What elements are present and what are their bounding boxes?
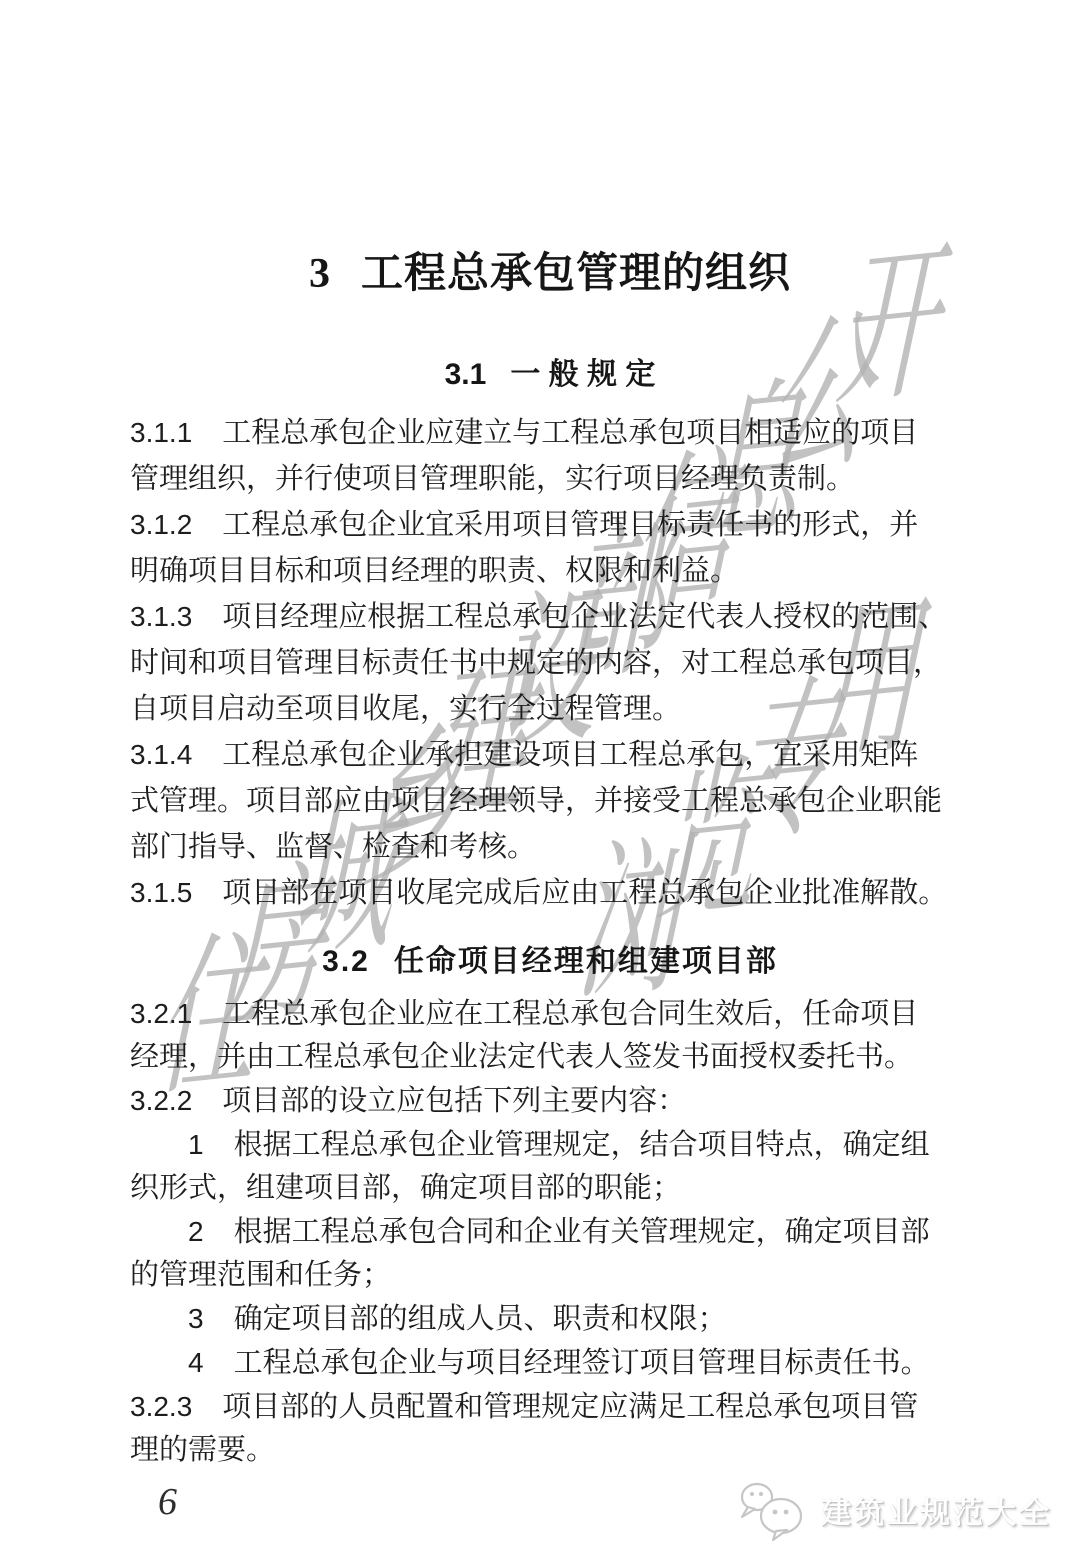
clause-number: 3.1.3 (130, 601, 192, 632)
clause-number: 4 (188, 1347, 204, 1378)
document-page: 住房城乡建设部信息公开浏览专用 3工程总承包管理的组织 3.1一 般 规 定 3… (0, 0, 1080, 1563)
clause-paragraph: 3.1.5项目部在项目收尾完成后应由工程总承包企业批准解散。 (130, 870, 970, 916)
clause-paragraph: 3.1.1工程总承包企业应建立与工程总承包项目相适应的项目 管理组织，并行使项目… (130, 410, 970, 502)
section-3-2-title: 3.2任命项目经理和组建项目部 (130, 942, 970, 982)
clause-paragraph: 3.1.3项目经理应根据工程总承包企业法定代表人授权的范围、 时间和项目管理目标… (130, 594, 970, 732)
clause-number: 3.2.3 (130, 1391, 192, 1422)
clause-number: 3.1.1 (130, 417, 192, 448)
clause-text: 项目经理应根据工程总承包企业法定代表人授权的范围、 时间和项目管理目标责任书中规… (130, 601, 947, 725)
clause-text: 工程总承包企业承担建设项目工程总承包，宜采用矩阵 式管理。项目部应由项目经理领导… (130, 739, 942, 863)
chapter-title: 3工程总承包管理的组织 (130, 248, 970, 300)
clause-text: 项目部的人员配置和管理规定应满足工程总承包项目管 理的需要。 (130, 1391, 918, 1466)
clause-number: 3.2.1 (130, 998, 192, 1029)
publisher-watermark: 建筑业规范大全 (735, 1479, 1052, 1541)
section-3-1-clauses: 3.1.1工程总承包企业应建立与工程总承包项目相适应的项目 管理组织，并行使项目… (130, 410, 970, 916)
page-content: 3工程总承包管理的组织 3.1一 般 规 定 3.1.1工程总承包企业应建立与工… (0, 0, 1080, 1524)
clause-number: 3 (188, 1303, 204, 1334)
section-3-2-number: 3.2 (322, 945, 370, 978)
chapter-title-text: 工程总承包管理的组织 (361, 251, 791, 297)
section-3-1-title-text: 一 般 规 定 (510, 358, 655, 391)
clause-paragraph: 3.1.4工程总承包企业承担建设项目工程总承包，宜采用矩阵 式管理。项目部应由项… (130, 732, 970, 870)
list-item: 1根据工程总承包企业管理规定，结合项目特点，确定组 织形式，组建项目部，确定项目… (130, 1123, 970, 1210)
clause-text: 确定项目部的组成人员、职责和权限； (234, 1303, 727, 1335)
list-item: 4工程总承包企业与项目经理签订项目管理目标责任书。 (130, 1341, 970, 1385)
chapter-number: 3 (309, 251, 331, 297)
section-3-1-title: 3.1一 般 规 定 (130, 356, 970, 394)
clause-text: 根据工程总承包合同和企业有关管理规定，确定项目部 的管理范围和任务； (130, 1216, 930, 1291)
clause-number: 3.2.2 (130, 1085, 192, 1116)
clause-paragraph: 3.2.3项目部的人员配置和管理规定应满足工程总承包项目管 理的需要。 (130, 1385, 970, 1472)
clause-text: 工程总承包企业应在工程总承包合同生效后，任命项目 经理，并由工程总承包企业法定代… (130, 998, 918, 1073)
clause-text: 工程总承包企业与项目经理签订项目管理目标责任书。 (234, 1347, 930, 1379)
clause-number: 3.1.2 (130, 509, 192, 540)
clause-number: 3.1.4 (130, 739, 192, 770)
clause-text: 项目部在项目收尾完成后应由工程总承包企业批准解散。 (222, 877, 947, 909)
clause-number: 3.1.5 (130, 877, 192, 908)
clause-text: 根据工程总承包企业管理规定，结合项目特点，确定组 织形式，组建项目部，确定项目部… (130, 1129, 930, 1204)
clause-text: 工程总承包企业宜采用项目管理目标责任书的形式，并 明确项目目标和项目经理的职责、… (130, 509, 918, 587)
list-item: 3确定项目部的组成人员、职责和权限； (130, 1297, 970, 1341)
clause-number: 1 (188, 1129, 204, 1160)
list-item: 2根据工程总承包合同和企业有关管理规定，确定项目部 的管理范围和任务； (130, 1210, 970, 1297)
clause-paragraph: 3.1.2工程总承包企业宜采用项目管理目标责任书的形式，并 明确项目目标和项目经… (130, 502, 970, 594)
clause-text: 工程总承包企业应建立与工程总承包项目相适应的项目 管理组织，并行使项目管理职能，… (130, 417, 918, 495)
clause-number: 2 (188, 1216, 204, 1247)
clause-paragraph: 3.2.2项目部的设立应包括下列主要内容： (130, 1079, 970, 1123)
publisher-name: 建筑业规范大全 (821, 1488, 1052, 1532)
section-3-2-clauses: 3.2.1工程总承包企业应在工程总承包合同生效后，任命项目 经理，并由工程总承包… (130, 992, 970, 1472)
section-3-2-title-text: 任命项目经理和组建项目部 (394, 945, 778, 978)
section-3-1-number: 3.1 (445, 358, 487, 391)
clause-paragraph: 3.2.1工程总承包企业应在工程总承包合同生效后，任命项目 经理，并由工程总承包… (130, 992, 970, 1079)
clause-text: 项目部的设立应包括下列主要内容： (222, 1085, 686, 1117)
wechat-icon (735, 1479, 809, 1541)
